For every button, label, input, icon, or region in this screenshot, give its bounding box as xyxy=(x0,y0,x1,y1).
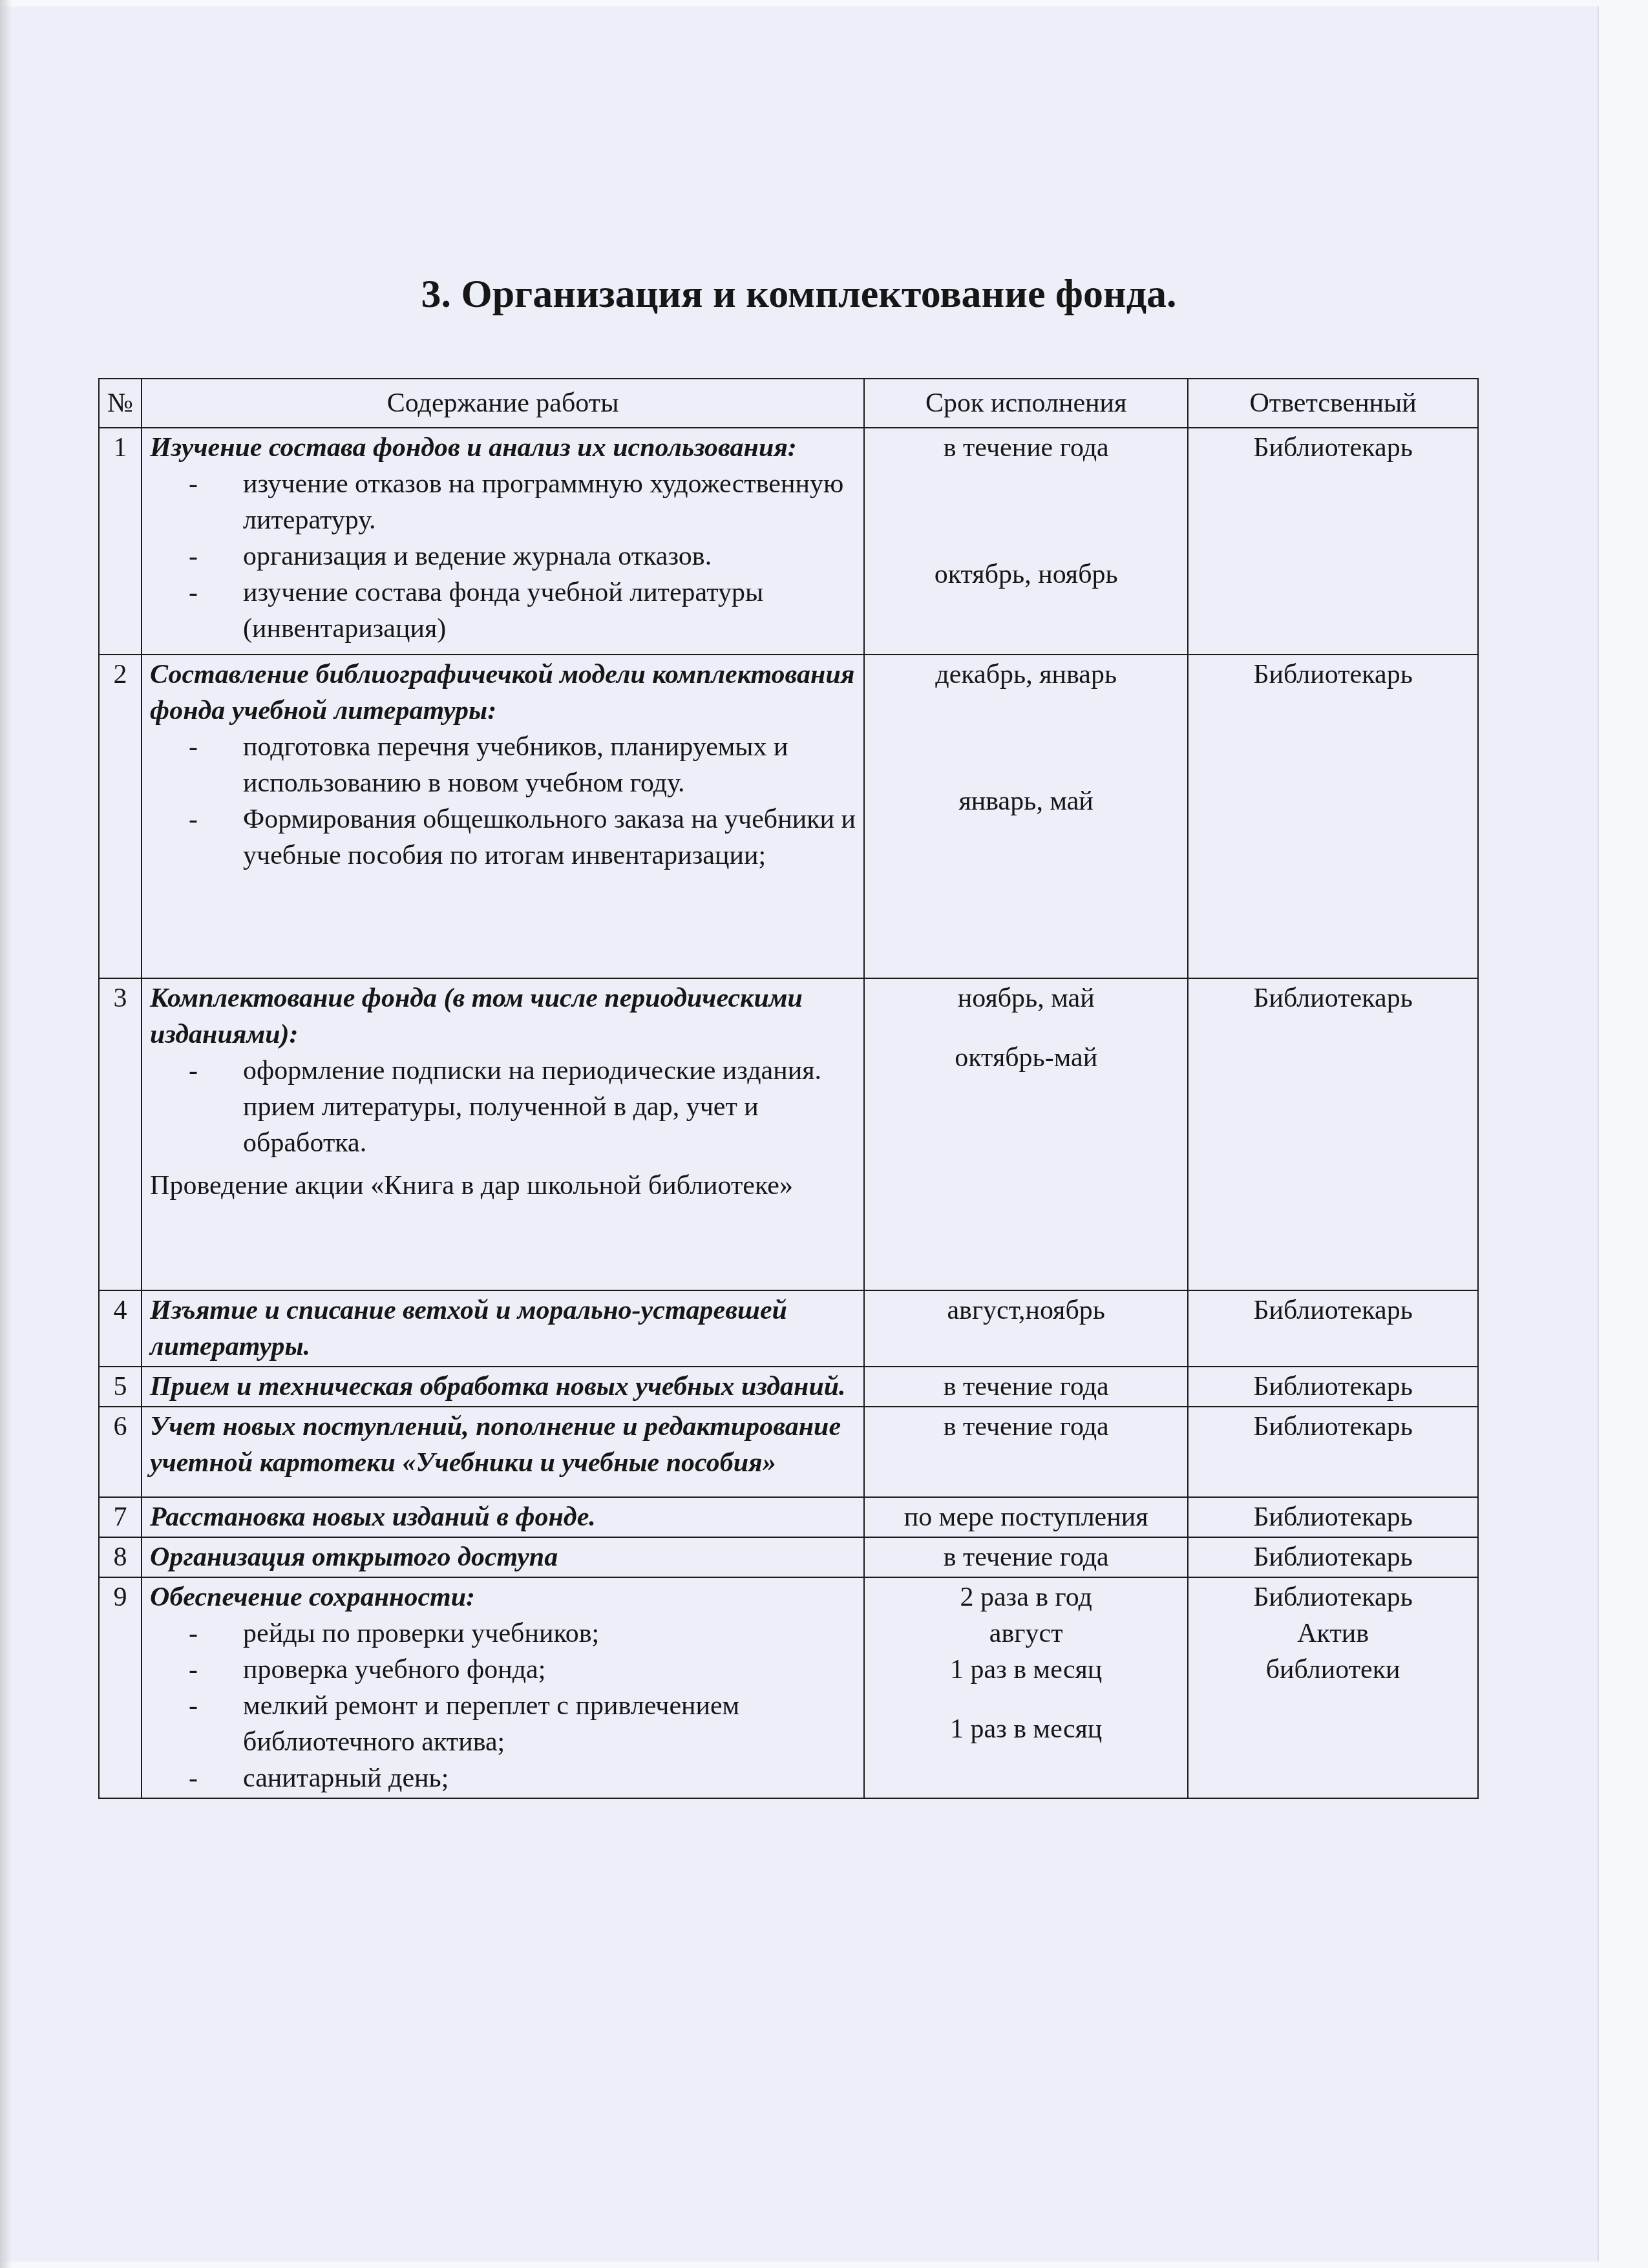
bullet-dash-icon: - xyxy=(189,729,198,765)
task-item: -рейды по проверки учебников; xyxy=(189,1615,856,1652)
row-heading: Учет новых поступлений, пополнение и ред… xyxy=(150,1409,856,1481)
term-text: декабрь, январь xyxy=(872,656,1179,693)
header-content: Содержание работы xyxy=(142,379,864,428)
bullet-dash-icon: - xyxy=(189,1688,198,1724)
task-list: -рейды по проверки учебников;-проверка у… xyxy=(150,1615,856,1796)
row-heading: Комплектование фонда (в том числе период… xyxy=(150,980,856,1053)
bullet-dash-icon: - xyxy=(189,1615,198,1652)
header-responsible: Ответсвенный xyxy=(1188,379,1478,428)
responsible-text: Библиотекарь xyxy=(1196,1369,1470,1405)
term-text: 1 раз в месяц xyxy=(872,1652,1179,1688)
row-heading: Изучение состава фондов и анализ их испо… xyxy=(150,430,856,466)
table-row: 3Комплектование фонда (в том числе перио… xyxy=(99,978,1478,1290)
task-item: -санитарный день; xyxy=(189,1760,856,1796)
bullet-dash-icon: - xyxy=(189,574,198,611)
table-body: 1Изучение состава фондов и анализ их исп… xyxy=(99,428,1478,1798)
row-term: в течение года xyxy=(864,1367,1188,1407)
task-list: -изучение отказов на программную художес… xyxy=(150,466,856,647)
row-content: Обеспечение сохранности:-рейды по провер… xyxy=(142,1577,864,1798)
term-text: август,ноябрь xyxy=(872,1292,1179,1328)
row-content: Организация открытого доступа xyxy=(142,1537,864,1577)
bullet-dash-icon: - xyxy=(189,466,198,502)
page-title: 3. Организация и комплектование фонда. xyxy=(0,271,1598,317)
term-text: по мере поступления xyxy=(872,1499,1179,1535)
row-content: Расстановка новых изданий в фонде. xyxy=(142,1497,864,1537)
row-content: Изъятие и списание ветхой и морально-уст… xyxy=(142,1290,864,1367)
task-item: прием литературы, полученной в дар, учет… xyxy=(189,1089,856,1161)
row-content: Комплектование фонда (в том числе период… xyxy=(142,978,864,1290)
responsible-text: Библиотекарь xyxy=(1196,430,1470,466)
table-row: 8Организация открытого доступав течение … xyxy=(99,1537,1478,1577)
table-row: 4Изъятие и списание ветхой и морально-ус… xyxy=(99,1290,1478,1367)
task-text: проверка учебного фонда; xyxy=(243,1655,545,1685)
responsible-text: библиотеки xyxy=(1196,1652,1470,1688)
work-plan-table: № Содержание работы Срок исполнения Отве… xyxy=(98,378,1479,1799)
task-text: изучение состава фонда учебной литератур… xyxy=(243,578,763,644)
row-term: август,ноябрь xyxy=(864,1290,1188,1367)
responsible-text: Библиотекарь xyxy=(1196,1499,1470,1535)
task-item: -изучение отказов на программную художес… xyxy=(189,466,856,538)
row-number: 9 xyxy=(99,1577,142,1798)
term-text: 2 раза в год xyxy=(872,1579,1179,1615)
term-text: январь, май xyxy=(872,783,1179,819)
row-term: ноябрь, майоктябрь-май xyxy=(864,978,1188,1290)
row-heading: Изъятие и списание ветхой и морально-уст… xyxy=(150,1292,856,1365)
row-responsible: Библиотекарь xyxy=(1188,655,1478,978)
table-header-row: № Содержание работы Срок исполнения Отве… xyxy=(99,379,1478,428)
task-text: организация и ведение журнала отказов. xyxy=(243,541,712,571)
row-term: в течение года xyxy=(864,1537,1188,1577)
bullet-dash-icon: - xyxy=(189,1652,198,1688)
term-text: в течение года xyxy=(872,1539,1179,1575)
task-text: санитарный день; xyxy=(243,1763,449,1793)
row-term: 2 раза в годавгуст1 раз в месяц1 раз в м… xyxy=(864,1577,1188,1798)
row-number: 4 xyxy=(99,1290,142,1367)
bullet-dash-icon: - xyxy=(189,801,198,837)
term-text: в течение года xyxy=(872,1409,1179,1445)
row-term: по мере поступления xyxy=(864,1497,1188,1537)
task-text: мелкий ремонт и переплет с привлечением … xyxy=(243,1691,739,1757)
task-item: -мелкий ремонт и переплет с привлечением… xyxy=(189,1688,856,1760)
task-item: -изучение состава фонда учебной литерату… xyxy=(189,574,856,647)
term-text: в течение года xyxy=(872,1369,1179,1405)
row-heading: Прием и техническая обработка новых учеб… xyxy=(150,1369,856,1405)
row-responsible: Библиотекарь xyxy=(1188,978,1478,1290)
row-responsible: БиблиотекарьАктивбиблиотеки xyxy=(1188,1577,1478,1798)
row-heading: Обеспечение сохранности: xyxy=(150,1579,856,1615)
spacer xyxy=(872,1688,1179,1711)
row-heading: Организация открытого доступа xyxy=(150,1539,856,1575)
row-number: 3 xyxy=(99,978,142,1290)
task-text: подготовка перечня учебников, планируемы… xyxy=(243,732,788,798)
row-note: Проведение акции «Книга в дар школьной б… xyxy=(150,1168,856,1204)
task-text: Формирования общешкольного заказа на уче… xyxy=(243,804,856,870)
task-item: -Формирования общешкольного заказа на уч… xyxy=(189,801,856,874)
scan-edge-shadow xyxy=(0,0,12,2268)
row-responsible: Библиотекарь xyxy=(1188,1537,1478,1577)
row-responsible: Библиотекарь xyxy=(1188,1407,1478,1497)
row-term: в течение года xyxy=(864,1407,1188,1497)
table-row: 9Обеспечение сохранности:-рейды по прове… xyxy=(99,1577,1478,1798)
row-number: 6 xyxy=(99,1407,142,1497)
row-heading: Составление библиографичечкой модели ком… xyxy=(150,656,856,729)
row-content: Прием и техническая обработка новых учеб… xyxy=(142,1367,864,1407)
table-row: 2Составление библиографичечкой модели ко… xyxy=(99,655,1478,978)
task-text: рейды по проверки учебников; xyxy=(243,1619,599,1648)
table-row: 1Изучение состава фондов и анализ их исп… xyxy=(99,428,1478,655)
row-term: в течение годаоктябрь, ноябрь xyxy=(864,428,1188,655)
responsible-text: Библиотекарь xyxy=(1196,1292,1470,1328)
table-row: 6Учет новых поступлений, пополнение и ре… xyxy=(99,1407,1478,1497)
row-content: Учет новых поступлений, пополнение и ред… xyxy=(142,1407,864,1497)
table-row: 5Прием и техническая обработка новых уче… xyxy=(99,1367,1478,1407)
responsible-text: Актив xyxy=(1196,1615,1470,1652)
row-responsible: Библиотекарь xyxy=(1188,1497,1478,1537)
table-row: 7Расстановка новых изданий в фонде.по ме… xyxy=(99,1497,1478,1537)
bullet-dash-icon: - xyxy=(189,1053,198,1089)
row-heading: Расстановка новых изданий в фонде. xyxy=(150,1499,856,1535)
responsible-text: Библиотекарь xyxy=(1196,1539,1470,1575)
row-number: 1 xyxy=(99,428,142,655)
task-list: -оформление подписки на периодические из… xyxy=(150,1053,856,1161)
task-list: -подготовка перечня учебников, планируем… xyxy=(150,729,856,874)
row-content: Изучение состава фондов и анализ их испо… xyxy=(142,428,864,655)
responsible-text: Библиотекарь xyxy=(1196,1409,1470,1445)
row-responsible: Библиотекарь xyxy=(1188,1290,1478,1367)
row-number: 7 xyxy=(99,1497,142,1537)
row-responsible: Библиотекарь xyxy=(1188,428,1478,655)
row-content: Составление библиографичечкой модели ком… xyxy=(142,655,864,978)
spacer xyxy=(872,693,1179,783)
responsible-text: Библиотекарь xyxy=(1196,980,1470,1016)
header-num: № xyxy=(99,379,142,428)
responsible-text: Библиотекарь xyxy=(1196,1579,1470,1615)
row-number: 5 xyxy=(99,1367,142,1407)
term-text: в течение года xyxy=(872,430,1179,466)
responsible-text: Библиотекарь xyxy=(1196,656,1470,693)
task-item: -оформление подписки на периодические из… xyxy=(189,1053,856,1089)
term-text: август xyxy=(872,1615,1179,1652)
spacer xyxy=(872,1016,1179,1040)
header-term: Срок исполнения xyxy=(864,379,1188,428)
task-text: изучение отказов на программную художест… xyxy=(243,469,843,535)
bullet-dash-icon: - xyxy=(189,538,198,574)
row-number: 2 xyxy=(99,655,142,978)
row-term: декабрь, январьянварь, май xyxy=(864,655,1188,978)
term-text: 1 раз в месяц xyxy=(872,1711,1179,1747)
term-text: октябрь, ноябрь xyxy=(872,556,1179,593)
bullet-dash-icon: - xyxy=(189,1760,198,1796)
spacer xyxy=(872,466,1179,556)
task-item: -подготовка перечня учебников, планируем… xyxy=(189,729,856,801)
row-responsible: Библиотекарь xyxy=(1188,1367,1478,1407)
term-text: ноябрь, май xyxy=(872,980,1179,1016)
task-item: -проверка учебного фонда; xyxy=(189,1652,856,1688)
task-text: оформление подписки на периодические изд… xyxy=(243,1056,821,1086)
task-item: -организация и ведение журнала отказов. xyxy=(189,538,856,574)
term-text: октябрь-май xyxy=(872,1040,1179,1076)
row-number: 8 xyxy=(99,1537,142,1577)
